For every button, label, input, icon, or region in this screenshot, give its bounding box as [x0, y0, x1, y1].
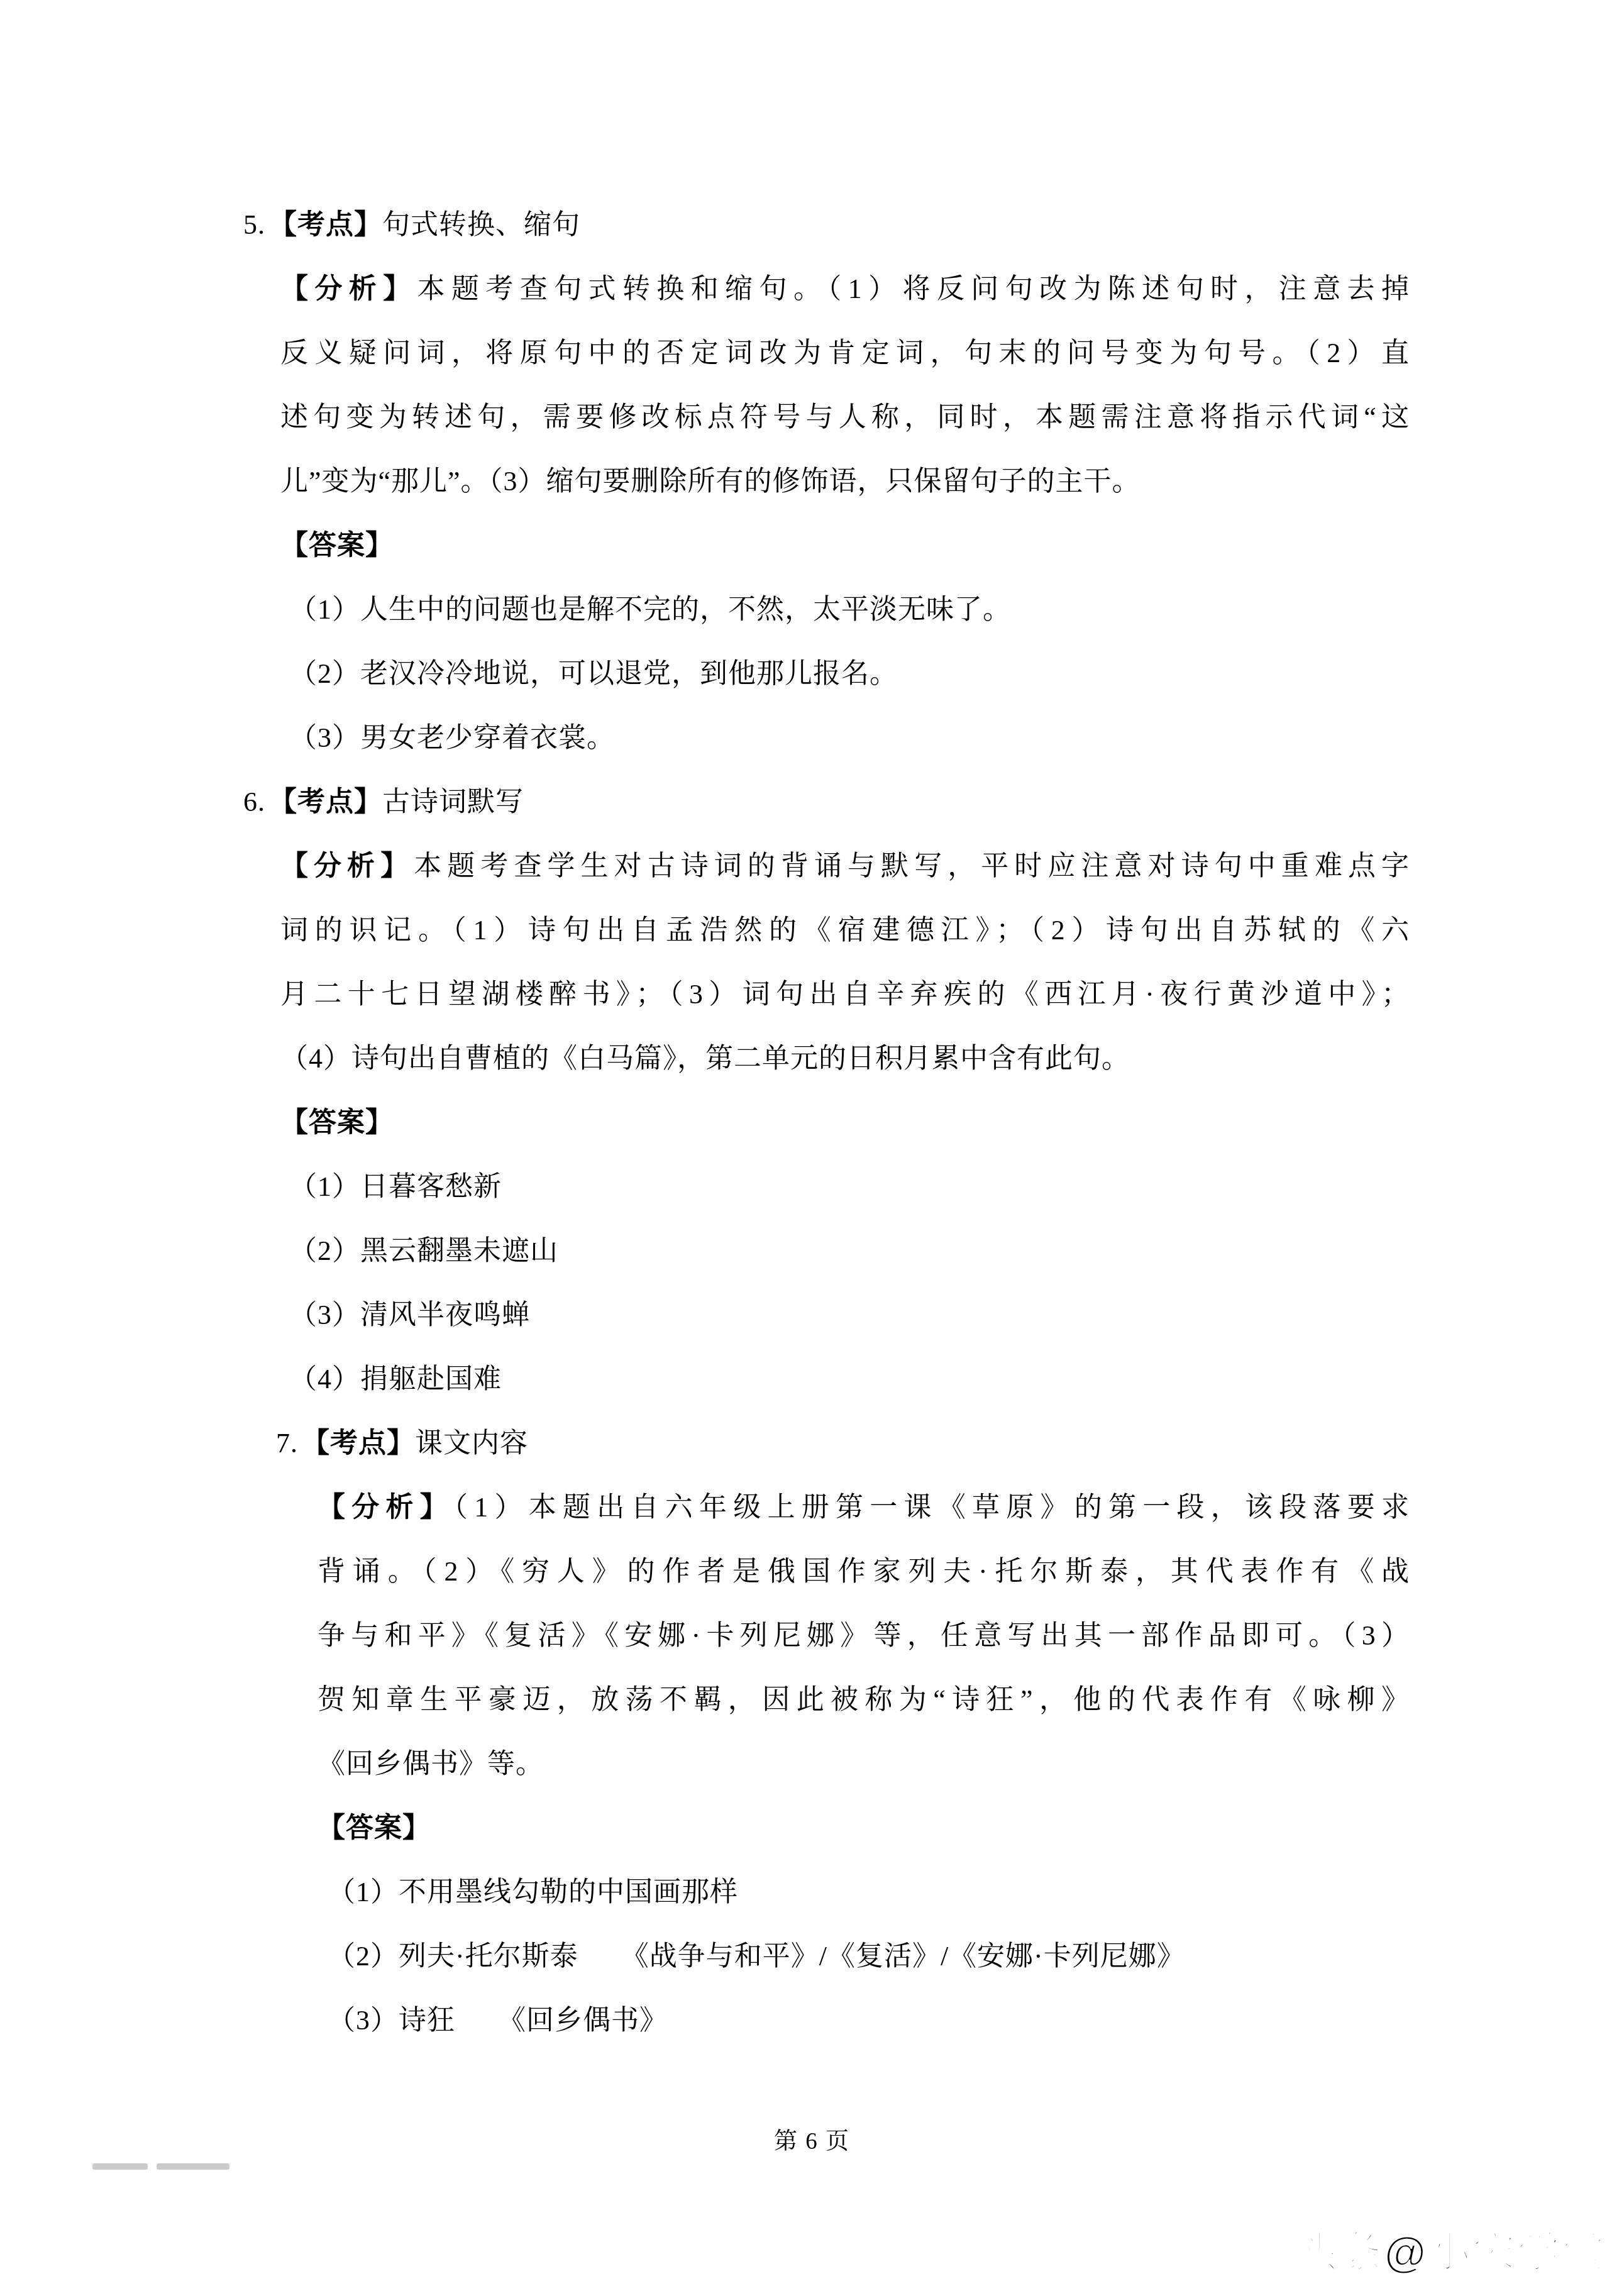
answer-line: （3）男女老少穿着衣裳。 [289, 706, 1624, 770]
section-question-7: 7.【考点】课文内容 【分析】（1）本题出自六年级上册第一课《草原》的第一段，该… [0, 1411, 1624, 2053]
document-page: 5.【考点】句式转换、缩句 【分析】本题考查句式转换和缩句。（1）将反问句改为陈… [0, 0, 1624, 2296]
answer-line: （1）人生中的问题也是解不完的，不然，太平淡无味了。 [289, 578, 1624, 642]
analysis-line: 贺知章生平豪迈，放荡不羁，因此被称为“诗狂”，他的代表作有《咏柳》 [318, 1668, 1410, 1732]
answer-line: （2）列夫·托尔斯泰 《战争与和平》/《复活》/《安娜·卡列尼娜》 [328, 1924, 1624, 1989]
answer-line: （3）清风半夜鸣蝉 [289, 1283, 1624, 1347]
analysis-line: 词的识记。（1）诗句出自孟浩然的《宿建德江》；（2）诗句出自苏轼的《六 [280, 898, 1410, 963]
answer-label-line: 【答案】 [280, 1091, 1410, 1155]
daan-label: 【答案】 [280, 530, 394, 561]
analysis-text: （1）本题出自六年级上册第一课《草原》的第一段，该段落要求 [454, 1492, 1410, 1523]
page-number-footer: 第 6 页 [0, 2126, 1624, 2158]
kaodian-label: 【考点】 [302, 1428, 415, 1459]
analysis-line: 背诵。（2）《穷人》的作者是俄国作家列夫·托尔斯泰，其代表作有《战 [318, 1540, 1410, 1604]
kaodian-label: 【考点】 [269, 209, 382, 240]
fenxi-label: 【分析】 [318, 1492, 454, 1523]
analysis-line: （4）诗句出自曹植的《白马篇》，第二单元的日积月累中含有此句。 [280, 1027, 1410, 1091]
analysis-line: 【分析】本题考查学生对古诗词的背诵与默写，平时应注意对诗句中重难点字 [280, 834, 1410, 898]
topic-text: 课文内容 [415, 1428, 528, 1459]
fenxi-label: 【分析】 [280, 851, 414, 881]
page-content: 5.【考点】句式转换、缩句 【分析】本题考查句式转换和缩句。（1）将反问句改为陈… [0, 193, 1624, 2053]
section-question-5: 5.【考点】句式转换、缩句 【分析】本题考查句式转换和缩句。（1）将反问句改为陈… [0, 193, 1624, 770]
analysis-line: 反义疑问词，将原句中的否定词改为肯定词，句末的问号变为句号。（2）直 [280, 321, 1410, 385]
gray-smudge-mark [92, 2163, 148, 2170]
analysis-text: 本题考查句式转换和缩句。（1）将反问句改为陈述句时，注意去掉 [417, 273, 1410, 304]
answer-line: （1）不用墨线勾勒的中国画那样 [328, 1860, 1624, 1924]
question-5-header: 5.【考点】句式转换、缩句 [243, 193, 1624, 257]
answer-line: （2）老汉冷冷地说，可以退党，到他那儿报名。 [289, 642, 1624, 706]
question-6-header: 6.【考点】古诗词默写 [243, 770, 1624, 834]
kaodian-label: 【考点】 [269, 786, 382, 817]
analysis-line: 【分析】本题考查句式转换和缩句。（1）将反问句改为陈述句时，注意去掉 [280, 257, 1410, 321]
analysis-line: 《回乡偶书》等。 [318, 1732, 1410, 1796]
toutiao-watermark: 头条@小宋学堂 [1295, 2227, 1606, 2278]
analysis-line: 【分析】（1）本题出自六年级上册第一课《草原》的第一段，该段落要求 [318, 1476, 1410, 1540]
analysis-line: 儿”变为“那儿”。（3）缩句要删除所有的修饰语，只保留句子的主干。 [280, 450, 1410, 514]
section-question-6: 6.【考点】古诗词默写 【分析】本题考查学生对古诗词的背诵与默写，平时应注意对诗… [0, 770, 1624, 1411]
daan-label: 【答案】 [280, 1107, 394, 1138]
analysis-line: 月二十七日望湖楼醉书》；（3）词句出自辛弃疾的《西江月·夜行黄沙道中》； [280, 963, 1410, 1027]
question-number: 5. [243, 209, 265, 240]
topic-text: 古诗词默写 [382, 786, 524, 817]
question-7-header: 7.【考点】课文内容 [276, 1411, 1624, 1476]
question-number: 7. [276, 1428, 298, 1459]
answer-label-line: 【答案】 [318, 1796, 1410, 1860]
answer-label-line: 【答案】 [280, 514, 1410, 578]
analysis-line: 述句变为转述句，需要修改标点符号与人称，同时，本题需注意将指示代词“这 [280, 385, 1410, 450]
question-number: 6. [243, 786, 265, 817]
answer-line: （2）黑云翻墨未遮山 [289, 1219, 1624, 1283]
daan-label: 【答案】 [318, 1813, 431, 1843]
answer-line: （3）诗狂 《回乡偶书》 [328, 1989, 1624, 2053]
analysis-line: 争与和平》《复活》《安娜·卡列尼娜》等，任意写出其一部作品即可。（3） [318, 1604, 1410, 1668]
topic-text: 句式转换、缩句 [382, 209, 580, 240]
answer-line: （4）捐躯赴国难 [289, 1347, 1624, 1411]
analysis-text: 本题考查学生对古诗词的背诵与默写，平时应注意对诗句中重难点字 [414, 851, 1410, 881]
fenxi-label: 【分析】 [280, 273, 417, 304]
gray-smudge-mark [157, 2163, 229, 2170]
answer-line: （1）日暮客愁新 [289, 1155, 1624, 1219]
